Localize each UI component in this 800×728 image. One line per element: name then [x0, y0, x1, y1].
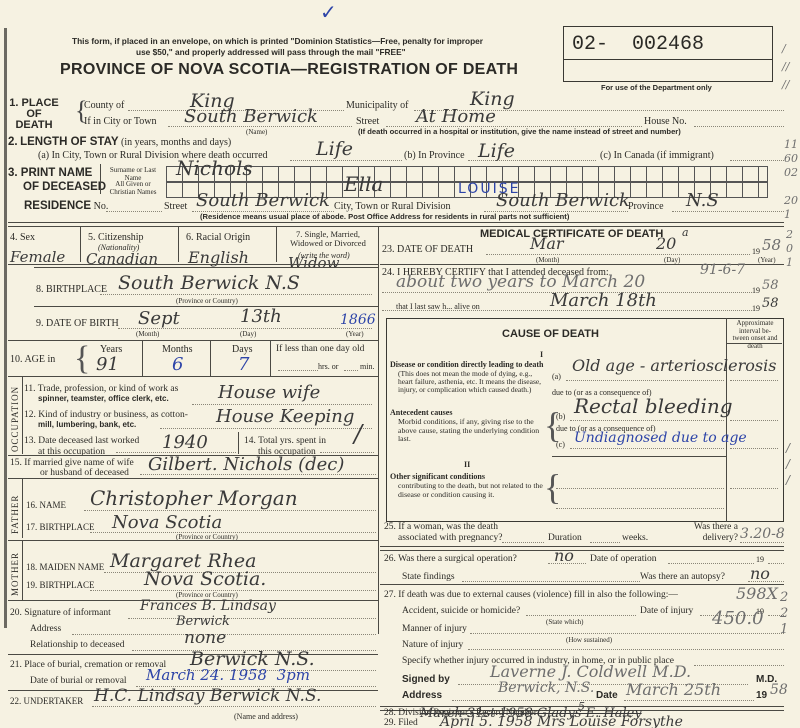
stay-city-value: Life [316, 138, 353, 160]
dod-year: 58 [762, 236, 781, 254]
undertaker-field[interactable] [92, 706, 376, 707]
section-2-label: II [464, 460, 470, 469]
citizenship-label: 5. Citizenship [88, 232, 144, 243]
father-name-field[interactable] [84, 510, 376, 511]
interval-other-field[interactable] [730, 488, 778, 489]
delivery-label: Was there a delivery? [676, 522, 738, 544]
father-birthplace-value: Nova Scotia [112, 512, 222, 533]
antecedent-note: Morbid conditions, if any, giving rise t… [398, 418, 548, 444]
certify-year1: 58 [762, 278, 779, 293]
given-names-label: All Given or Christian Names [102, 180, 164, 196]
pregnancy-field[interactable] [502, 542, 544, 543]
autopsy-value: no [750, 564, 770, 583]
interval-a-field[interactable] [730, 380, 778, 381]
certificate-date-label: Date [596, 690, 618, 701]
father-name-value: Christopher Morgan [90, 486, 298, 510]
duration-field[interactable] [590, 542, 620, 543]
accident-field[interactable] [526, 615, 636, 616]
given-name-value: Ella [344, 172, 383, 196]
undertaker-caption: (Name and address) [234, 712, 298, 721]
doctor-address-field[interactable] [452, 700, 596, 701]
q12-field[interactable] [160, 428, 372, 429]
dob-day: 13th [240, 306, 282, 327]
department-only-note: For use of the Department only [601, 83, 712, 92]
q11-value: House wife [218, 382, 320, 403]
registration-number: 02- 002468 [572, 33, 704, 56]
age-days-value: 7 [238, 354, 249, 375]
dod-field[interactable] [486, 254, 750, 255]
left-binding-strip [4, 28, 7, 628]
doctor-address-label: Address [402, 690, 442, 701]
mother-side-label: MOTHER [10, 546, 20, 596]
q14-value: / [354, 420, 362, 448]
margin-marks-bottom: 2 2 1 [780, 590, 788, 638]
margin-marks-low: 2 0 1 [786, 228, 793, 270]
burial-label: 21. Place of burial, cremation or remova… [10, 660, 166, 670]
brace: { [544, 466, 561, 508]
father-name-label: 16. NAME [26, 500, 66, 510]
informant-address-label: Address [30, 624, 61, 634]
birthplace-value: South Berwick N.S [118, 272, 300, 294]
q27-label: 27. If death was due to external causes … [384, 590, 678, 600]
dob-year-caption: (Year) [346, 330, 364, 338]
other-conditions-field-1[interactable] [556, 488, 724, 489]
duration-label: Duration [548, 533, 582, 543]
certify-line1-value: about two years to March 20 [396, 272, 645, 292]
operation-value: no [554, 546, 574, 565]
residence-province-field[interactable] [672, 211, 784, 212]
specify-field[interactable] [694, 665, 784, 666]
age-years-value: 91 [96, 354, 119, 375]
street-label: Street [356, 116, 379, 127]
min-label: min. [360, 362, 374, 371]
dod-day-caption: (Day) [664, 256, 680, 264]
interval-c-field[interactable] [730, 448, 778, 449]
street-value: At Home [416, 106, 496, 127]
city-label: If in City or Town [84, 116, 156, 127]
hrs-label: hrs. or [318, 362, 338, 371]
residence-no-field[interactable] [106, 211, 162, 212]
stay-canada-label: (c) In Canada (if immigrant) [600, 150, 714, 161]
residence-province-value: N.S [686, 190, 719, 211]
dod-month-caption: (Month) [536, 256, 559, 264]
occupation-side-label: OCCUPATION [10, 382, 20, 452]
nature-label: Nature of injury [402, 640, 463, 650]
birthplace-label: 8. BIRTHPLACE [36, 284, 107, 295]
signed-by-value: Laverne J. Coldwell M.D. [490, 662, 691, 681]
father-side-label: FATHER [10, 484, 20, 534]
accident-label: Accident, suicide or homicide? [402, 606, 520, 616]
less-than-day-label: If less than one day old [276, 344, 364, 354]
cause-a-prefix: (a) [552, 372, 561, 381]
dob-month: Sept [138, 308, 180, 329]
mother-maiden-label: 18. MAIDEN NAME [26, 562, 104, 572]
stay-city-field[interactable] [290, 160, 402, 161]
findings-label: State findings [402, 572, 455, 582]
dod-year-prefix: 19 [752, 247, 760, 256]
q14-field[interactable] [320, 452, 374, 453]
residence-street-label: Street [164, 201, 187, 212]
antecedent-label: Antecedent causes [390, 408, 452, 417]
residence-city-label: City, Town or Rural Division [334, 201, 451, 212]
delivery-note: 3.20-8 [740, 526, 785, 542]
sex-label: 4. Sex [10, 232, 35, 243]
department-box: 02- 002468 [563, 26, 773, 82]
disease-note: (This does not mean the mode of dying, e… [398, 370, 548, 394]
brace: { [74, 340, 90, 378]
county-label: County of [84, 100, 124, 111]
manner-label: Manner of injury [402, 624, 467, 634]
q26-label: 26. Was there a surgical operation? [384, 554, 517, 564]
q12-label: 12. Kind of industry or business, as cot… [24, 410, 188, 430]
birthplace-field[interactable] [100, 294, 372, 295]
house-no-field[interactable] [694, 126, 784, 127]
certificate-year: 58 [770, 682, 788, 698]
manner-field[interactable] [470, 633, 784, 634]
margin-marks-top: / // // [782, 40, 789, 94]
mother-birthplace-label: 19. BIRTHPLACE [26, 580, 94, 590]
operation-year-prefix: 19 [756, 555, 764, 564]
nature-field[interactable] [468, 649, 784, 650]
print-name-label: 3. PRINT NAME OF DECEASED [8, 166, 106, 194]
other-conditions-note: contributing to the death, but not relat… [398, 482, 548, 499]
municipality-label: Municipality of [346, 100, 409, 111]
age-months-value: 6 [172, 354, 183, 375]
how-sustained-caption: (How sustained) [566, 636, 612, 644]
length-of-stay-heading: 2. LENGTH OF STAY (in years, months and … [8, 136, 231, 148]
title-mark: a [682, 226, 689, 239]
residence-label: RESIDENCE No. [24, 200, 108, 212]
dod-day: 20 [656, 234, 676, 253]
cause-a-value: Old age - arteriosclerosis [572, 356, 776, 375]
interval-b-field[interactable] [730, 420, 778, 421]
dod-year-caption: (Year) [758, 256, 776, 264]
doctor-address-value: Berwick, N.S. [498, 680, 594, 696]
year-prefix: 19 [752, 286, 760, 295]
hours-field[interactable] [278, 370, 318, 371]
place-of-death-label: 1. PLACE OF DEATH [8, 98, 60, 131]
dob-month-caption: (Month) [136, 330, 159, 338]
informant-value: Frances B. Lindsay [140, 598, 276, 614]
surname-value: Nichols [176, 156, 253, 180]
other-conditions-label: Other significant conditions [390, 472, 485, 481]
q11-label: 11. Trade, profession, or kind of work a… [24, 384, 178, 404]
certificate-date-value: March 25th [626, 680, 721, 699]
q29-label: 29. Filed [384, 718, 418, 728]
hospital-note: (If death occurred in a hospital or inst… [358, 127, 681, 136]
q12-value: House Keeping [216, 406, 354, 427]
disease-label: Disease or condition directly leading to… [390, 360, 543, 369]
interval-header: Approximate interval be- tween onset and… [730, 320, 780, 350]
informant-field[interactable] [128, 618, 376, 619]
other-conditions-field-2[interactable] [556, 508, 724, 509]
state-which-caption: (State which) [546, 618, 584, 626]
stay-province-label: (b) In Province [404, 150, 465, 161]
surname-boxes[interactable] [166, 166, 768, 182]
mailing-notice-line1: This form, if placed in an envelope, on … [72, 36, 483, 46]
q29-value: April 5. 1958 Mrs Louise Forsythe [440, 714, 683, 728]
margin-code-598x: 598X [736, 584, 778, 603]
spouse-value: Gilbert. Nichols (dec) [148, 454, 344, 475]
undertaker-label: 22. UNDERTAKER [10, 696, 83, 706]
certify-line2-value: March 18th [550, 290, 657, 311]
certificate-date-field[interactable] [624, 700, 754, 701]
informant-label: 20. Signature of informant [10, 608, 111, 618]
margin-ticks: / / / [786, 440, 790, 488]
cause-c-prefix: (c) [556, 440, 565, 449]
burial-date-value: March 24. 1958 3pm [146, 666, 310, 684]
cause-c-value: Undiagnosed due to age [574, 430, 747, 446]
informant-address-value: Berwick [176, 614, 230, 629]
year-prefix: 19 [756, 690, 767, 701]
spouse-label: 15. If married give name of wife or husb… [10, 458, 134, 478]
q13-value: 1940 [162, 432, 208, 453]
residence-note: (Residence means usual place of abode. P… [200, 212, 569, 221]
father-birthplace-label: 17. BIRTHPLACE [26, 522, 94, 532]
medical-certificate-title: MEDICAL CERTIFICATE OF DEATH [480, 228, 663, 240]
citizenship-value: Canadian [86, 250, 158, 268]
residence-province-label: Province [628, 201, 664, 212]
mailing-notice-line2: use $50," and properly addressed will pa… [136, 47, 406, 57]
age-label: 10. AGE in [10, 354, 55, 365]
dob-label: 9. DATE OF BIRTH [36, 318, 119, 329]
section-1-label: I [540, 350, 543, 359]
operation-date-field[interactable] [668, 563, 754, 564]
dod-label: 23. DATE OF DEATH [382, 244, 473, 255]
marital-label: 7. Single, Married, Widowed or Divorced [280, 230, 376, 248]
certify-year2: 58 [762, 296, 779, 311]
findings-field[interactable] [462, 581, 670, 582]
house-no-label: House No. [644, 116, 687, 127]
margin-marks-mid: 11 60 02 20 1 [784, 138, 798, 222]
cause-b-field[interactable] [570, 420, 724, 421]
injury-date-label: Date of injury [640, 606, 693, 616]
city-value: South Berwick [184, 106, 318, 127]
relationship-label: Relationship to deceased [30, 640, 124, 650]
dod-month: Mar [530, 234, 564, 253]
weeks-label: weeks. [622, 533, 648, 543]
cause-b-value: Rectal bleeding [574, 394, 733, 418]
margin-age-note: 91-6-7 [700, 262, 745, 278]
residence-city-value: South Berwick [496, 190, 630, 211]
dob-day-caption: (Day) [240, 330, 256, 338]
autopsy-label: Was there an autopsy? [640, 572, 725, 582]
form-title: PROVINCE OF NOVA SCOTIA—REGISTRATION OF … [60, 61, 518, 79]
delivery-field[interactable] [740, 542, 784, 543]
marital-value: Widow [288, 254, 339, 272]
q11-field[interactable] [192, 404, 372, 405]
cause-c-field[interactable] [570, 448, 724, 449]
cause-of-death-title: CAUSE OF DEATH [502, 328, 599, 340]
checkmark: ✓ [320, 0, 337, 25]
burial-date-label: Date of burial or removal [30, 676, 127, 686]
dob-year: 1866 [340, 312, 376, 328]
operation-year-field[interactable] [768, 563, 784, 564]
mother-birthplace-value: Nova Scotia. [144, 568, 266, 590]
residence-street-value: South Berwick [196, 190, 330, 211]
stay-province-value: Life [478, 140, 515, 162]
signed-by-label: Signed by [402, 674, 450, 685]
margin-code-450: 450.0 [712, 608, 764, 629]
cause-a-field[interactable] [566, 380, 724, 381]
racial-origin-label: 6. Racial Origin [186, 232, 250, 243]
operation-date-label: Date of operation [590, 554, 656, 564]
minutes-field[interactable] [344, 370, 358, 371]
undertaker-value: H.C. Lindsay Berwick N.S. [94, 686, 321, 706]
cause-b-prefix: (b) [556, 412, 565, 421]
year-prefix: 19 [752, 304, 760, 313]
relationship-value: none [184, 628, 226, 648]
birthplace-caption: (Province or Country) [176, 297, 238, 305]
q25-label: 25. If a woman, was the death associated… [384, 522, 502, 544]
stay-canada-field[interactable] [730, 160, 784, 161]
name-caption: (Name) [246, 128, 267, 136]
